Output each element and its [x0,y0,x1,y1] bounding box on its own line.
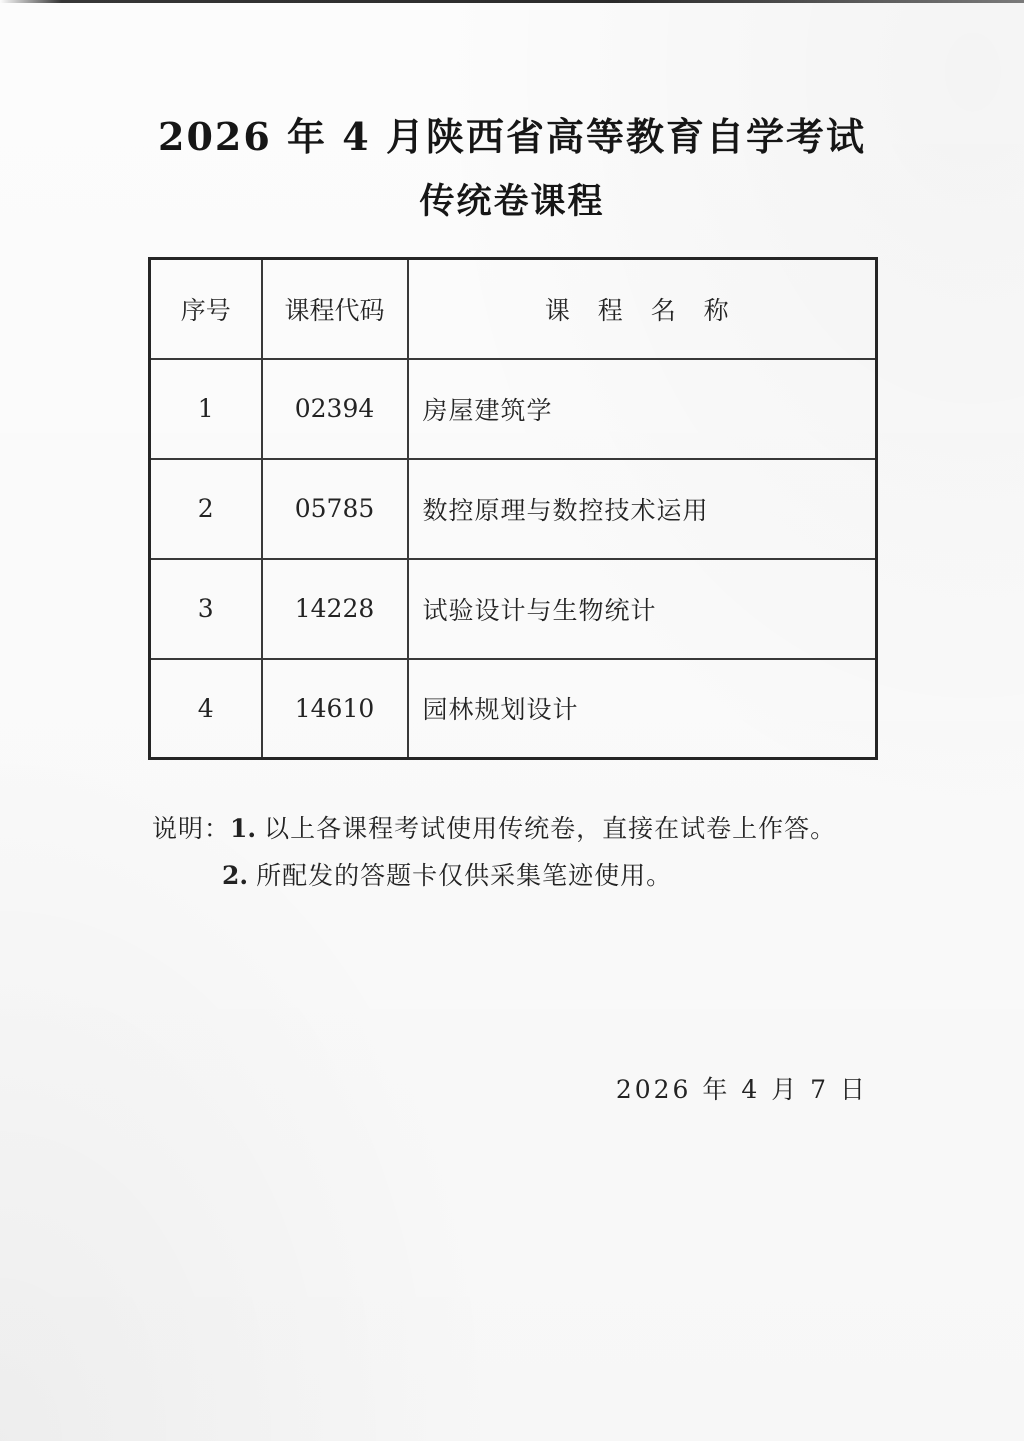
notes-section: 说明：1.以上各课程考试使用传统卷，直接在试卷上作答。 2.所配发的答题卡仅供采… [152,816,1024,888]
cell-course-code: 14228 [262,559,408,659]
cell-course-name: 数控原理与数控技术运用 [408,459,877,559]
cell-course-code: 05785 [262,459,408,559]
table-row: 2 05785 数控原理与数控技术运用 [150,459,877,559]
note-number: 1. [230,814,264,843]
cell-course-name: 园林规划设计 [408,659,877,759]
cell-course-code: 02394 [262,359,408,459]
table-row: 3 14228 试验设计与生物统计 [150,559,877,659]
note-item: 2.所配发的答题卡仅供采集笔迹使用。 [152,863,1024,888]
note-text: 所配发的答题卡仅供采集笔迹使用。 [256,861,672,890]
table-header-row: 序号 课程代码 课 程 名 称 [150,259,877,359]
note-number: 2. [222,861,256,890]
table-row: 4 14610 园林规划设计 [150,659,877,759]
scan-edge-artifact [0,0,1024,3]
cell-serial-number: 3 [150,559,262,659]
header-serial-number: 序号 [150,259,262,359]
document-title-line2: 传统卷课程 [0,184,1024,219]
table-row: 1 02394 房屋建筑学 [150,359,877,459]
cell-serial-number: 1 [150,359,262,459]
cell-serial-number: 2 [150,459,262,559]
header-course-name: 课 程 名 称 [408,259,877,359]
cell-course-code: 14610 [262,659,408,759]
header-course-code: 课程代码 [262,259,408,359]
course-table: 序号 课程代码 课 程 名 称 1 02394 房屋建筑学 2 05785 数控… [148,257,878,760]
document-title: 2026 年 4 月陕西省高等教育自学考试 传统卷课程 [0,0,1024,219]
cell-course-name: 房屋建筑学 [408,359,877,459]
cell-serial-number: 4 [150,659,262,759]
cell-course-name: 试验设计与生物统计 [408,559,877,659]
document-title-line1: 2026 年 4 月陕西省高等教育自学考试 [0,0,1024,156]
document-date: 2026 年 4 月 7 日 [0,1070,1024,1106]
note-item: 说明：1.以上各课程考试使用传统卷，直接在试卷上作答。 [152,816,1024,841]
notes-label: 说明： [152,814,230,843]
note-text: 以上各课程考试使用传统卷，直接在试卷上作答。 [264,814,836,843]
